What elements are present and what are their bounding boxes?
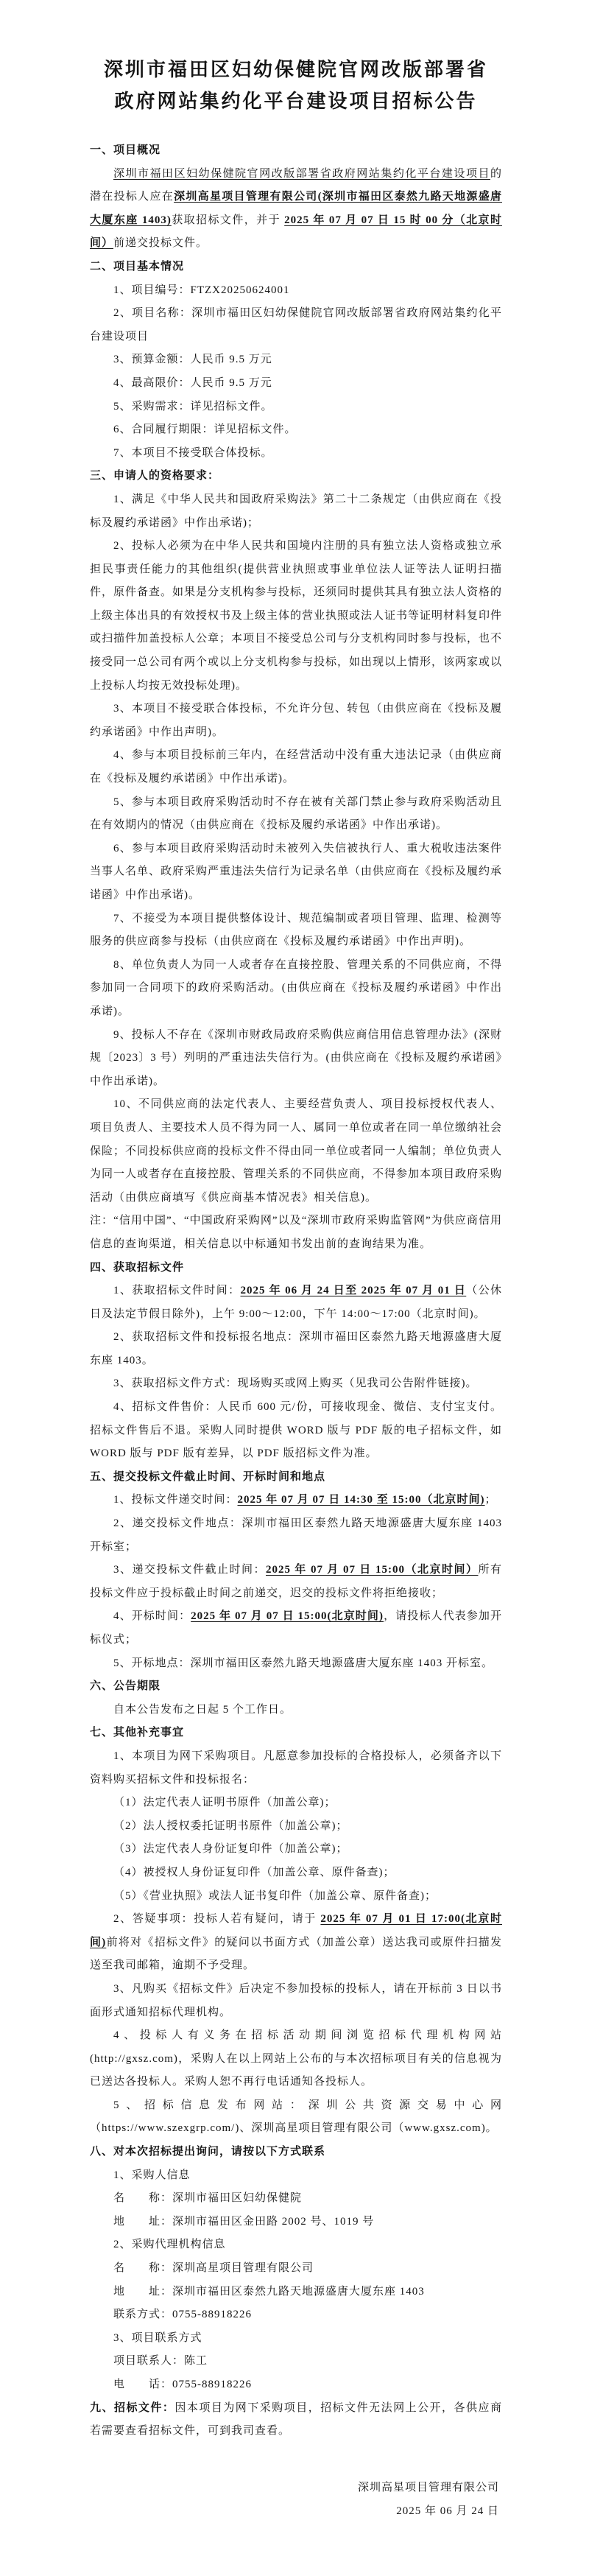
qualification-note: 注：“信用中国”、“中国政府采购网”以及“深圳市政府采购监管网”为供应商信用信息… <box>90 1210 502 1256</box>
project-contact-heading: 3、项目联系方式 <box>90 2327 502 2351</box>
agency-phone: 0755-88918226 <box>172 2309 252 2320</box>
basic-info-max-price: 4、最高限价：人民币 9.5 万元 <box>90 372 502 396</box>
project-name-text: 深圳市福田区妇幼保健院官网改版部署省政府网站集约化平台建设项目 <box>113 168 490 180</box>
tender-announcement-page: 深圳市福田区妇幼保健院官网改版部署省 政府网站集约化平台建设项目招标公告 一、项… <box>0 0 589 2576</box>
section-heading-other-matters: 七、其他补充事宜 <box>90 1722 502 1745</box>
opening-location-item: 5、开标地点：深圳市福田区泰然九路天地源盛唐大厦东座 1403 开标室。 <box>90 1652 502 1676</box>
opening-time-value: 2025 年 07 月 07 日 15:00(北京时间) <box>191 1610 384 1622</box>
website-duty-item: 4、投标人有义务在招标活动期间浏览招标代理机构网站(http://gxsz.co… <box>90 2024 502 2094</box>
section-heading-overview: 一、项目概况 <box>90 139 502 163</box>
basic-info-budget: 3、预算金额：人民币 9.5 万元 <box>90 348 502 372</box>
required-document: （2）法人授权委托证明书原件（加盖公章)； <box>90 1815 502 1839</box>
qualification-item: 9、投标人不存在《深圳市财政局政府采购供应商信用信息管理办法》(深财规〔2023… <box>90 1024 502 1094</box>
project-contact-row: 项目联系人：陈工 <box>90 2350 502 2373</box>
submission-location-item: 2、递交投标文件地点：深圳市福田区泰然九路天地源盛唐大厦东座 1403 开标室； <box>90 1512 502 1559</box>
section-heading-tender-documents: 九、招标文件： <box>90 2402 174 2414</box>
signature-block: 深圳高星项目管理有限公司 2025 年 06 月 24 日 <box>90 2476 499 2523</box>
section-obtain-documents: 四、获取招标文件 1、获取招标文件时间：2025 年 06 月 24 日至 20… <box>90 1257 502 1466</box>
required-document: （3）法定代表人身份证复印件（加盖公章)； <box>90 1838 502 1861</box>
submission-time-label: 1、投标文件递交时间： <box>113 1494 238 1506</box>
obtain-time-item: 1、获取招标文件时间：2025 年 06 月 24 日至 2025 年 07 月… <box>90 1280 502 1326</box>
opening-time-label: 4、开标时间： <box>113 1610 191 1622</box>
purchaser-name: 深圳市福田区妇幼保健院 <box>172 2192 302 2204</box>
agency-name: 深圳高星项目管理有限公司 <box>172 2262 314 2274</box>
overview-text-2: 获取招标文件，并于 <box>172 214 284 226</box>
obtain-method-item: 3、获取招标文件方式：现场购买或网上购买（见我司公告附件链接)。 <box>90 1372 502 1396</box>
overview-text-3: 前递交投标文件。 <box>113 237 208 249</box>
publication-sites-label: 5、招标信息发布网站：深圳公共资源交易中心网 <box>113 2099 502 2111</box>
agency-address-row: 地 址：深圳市福田区泰然九路天地源盛唐大厦东座 1403 <box>90 2281 502 2304</box>
section-heading-obtain-documents: 四、获取招标文件 <box>90 1257 502 1280</box>
required-document: （4）被授权人身份证复印件（加盖公章、原件备查)； <box>90 1861 502 1885</box>
section-heading-contacts: 八、对本次招标提出询问，请按以下方式联系 <box>90 2141 502 2164</box>
withdrawal-notice-item: 3、凡购买《招标文件》后决定不参加投标的投标人，请在开标前 3 日以书面形式通知… <box>90 1978 502 2024</box>
section-heading-submission: 五、提交投标文件截止时间、开标时间和地点 <box>90 1466 502 1489</box>
title-line-1: 深圳市福田区妇幼保健院官网改版部署省 <box>90 54 502 85</box>
opening-time-item: 4、开标时间：2025 年 07 月 07 日 15:00(北京时间)，请投标人… <box>90 1605 502 1652</box>
section-announcement-period: 六、公告期限 自本公告发布之日起 5 个工作日。 <box>90 1675 502 1722</box>
qualification-item: 4、参与本项目投标前三年内，在经营活动中没有重大违法记录（由供应商在《投标及履约… <box>90 744 502 790</box>
obtain-time-period: 2025 年 06 月 24 日至 2025 年 07 月 01 日 <box>240 1285 466 1296</box>
offline-procurement-item: 1、本项目为网下采购项目。凡愿意参加投标的合格投标人，必须备齐以下资料购买招标文… <box>90 1745 502 1791</box>
agency-info-heading: 2、采购代理机构信息 <box>90 2233 502 2257</box>
purchaser-name-label: 名 称： <box>113 2192 172 2204</box>
qualification-item: 10、不同供应商的法定代表人、主要经营负责人、项目投标授权代表人、项目负责人、主… <box>90 1093 502 1210</box>
agency-name-row: 名 称：深圳高星项目管理有限公司 <box>90 2257 502 2281</box>
purchaser-address-row: 地 址：深圳市福田区金田路 2002 号、1019 号 <box>90 2211 502 2234</box>
questions-label: 2、答疑事项：投标人若有疑问，请于 <box>113 1913 320 1925</box>
questions-note: 前将对《招标文件》的疑问以书面方式（加盖公章）送达我司或原件扫描发送至我司邮箱，… <box>90 1937 502 1972</box>
required-document: （1）法定代表人证明书原件（加盖公章)； <box>90 1791 502 1815</box>
announcement-period-text: 自本公告发布之日起 5 个工作日。 <box>90 1699 502 1722</box>
submission-deadline-value: 2025 年 07 月 07 日 15:00（北京时间） <box>266 1564 478 1576</box>
agency-address-label: 地 址： <box>113 2286 172 2298</box>
project-contact-label: 项目联系人： <box>113 2355 184 2367</box>
document-body: 一、项目概况 深圳市福田区妇幼保健院官网改版部署省政府网站集约化平台建设项目的潜… <box>90 139 502 2443</box>
qualification-item: 8、单位负责人为同一人或者存在直接控股、管理关系的不同供应商，不得参加同一合同项… <box>90 954 502 1024</box>
basic-info-contract-period: 6、合同履行期限：详见招标文件。 <box>90 418 502 442</box>
section-contacts: 八、对本次招标提出询问，请按以下方式联系 1、采购人信息 名 称：深圳市福田区妇… <box>90 2141 502 2397</box>
qualification-item: 7、不接受为本项目提供整体设计、规范编制或者项目管理、监理、检测等服务的供应商参… <box>90 908 502 954</box>
agency-phone-label: 联系方式： <box>113 2309 172 2320</box>
project-phone-row: 电 话：0755-88918226 <box>90 2373 502 2397</box>
purchaser-address-label: 地 址： <box>113 2216 172 2228</box>
qualification-item: 2、投标人必须为在中华人民共和国境内注册的具有独立法人资格或独立承担民事责任能力… <box>90 535 502 698</box>
signature-company: 深圳高星项目管理有限公司 <box>90 2476 499 2499</box>
qualification-item: 1、满足《中华人民共和国政府采购法》第二十二条规定（由供应商在《投标及履约承诺函… <box>90 488 502 535</box>
qualification-item: 3、本项目不接受联合体投标，不允许分包、转包（由供应商在《投标及履约承诺函》中作… <box>90 698 502 744</box>
basic-info-requirements: 5、采购需求：详见招标文件。 <box>90 396 502 419</box>
section-submission: 五、提交投标文件截止时间、开标时间和地点 1、投标文件递交时间：2025 年 0… <box>90 1466 502 1675</box>
purchaser-info-heading: 1、采购人信息 <box>90 2164 502 2188</box>
szexgrp-url: （https://www.szexgrp.com/)、 <box>90 2122 251 2134</box>
submission-deadline-item: 3、递交投标文件截止时间：2025 年 07 月 07 日 15:00（北京时间… <box>90 1559 502 1605</box>
basic-info-project-number: 1、项目编号：FTZX20250624001 <box>90 279 502 303</box>
title-line-2: 政府网站集约化平台建设项目招标公告 <box>90 85 502 117</box>
section-qualifications: 三、申请人的资格要求： 1、满足《中华人民共和国政府采购法》第二十二条规定（由供… <box>90 465 502 1256</box>
submission-time-suffix: ； <box>485 1494 497 1506</box>
obtain-location-item: 2、获取招标文件和投标报名地点：深圳市福田区泰然九路天地源盛唐大厦东座 1403… <box>90 1326 502 1372</box>
document-title: 深圳市福田区妇幼保健院官网改版部署省 政府网站集约化平台建设项目招标公告 <box>90 0 502 117</box>
section-tender-documents: 九、招标文件：因本项目为网下采购项目，招标文件无法网上公开，各供应商若需要查看招… <box>90 2397 502 2443</box>
submission-time-item: 1、投标文件递交时间：2025 年 07 月 07 日 14:30 至 15:0… <box>90 1489 502 1512</box>
agency-name-label: 名 称： <box>113 2262 172 2274</box>
tender-documents-paragraph: 九、招标文件：因本项目为网下采购项目，招标文件无法网上公开，各供应商若需要查看招… <box>90 2397 502 2443</box>
purchaser-address: 深圳市福田区金田路 2002 号、1019 号 <box>172 2216 374 2228</box>
publication-sites-item: 5、招标信息发布网站：深圳公共资源交易中心网（https://www.szexg… <box>90 2094 502 2141</box>
submission-time-value: 2025 年 07 月 07 日 14:30 至 15:00（北京时间) <box>238 1494 485 1506</box>
agency-phone-row: 联系方式：0755-88918226 <box>90 2303 502 2327</box>
section-heading-announcement-period: 六、公告期限 <box>90 1675 502 1699</box>
section-basic-info: 二、项目基本情况 1、项目编号：FTZX20250624001 2、项目名称：深… <box>90 256 502 465</box>
gxsz-site: 深圳高星项目管理有限公司（www.gxsz.com)。 <box>251 2122 497 2134</box>
section-other-matters: 七、其他补充事宜 1、本项目为网下采购项目。凡愿意参加投标的合格投标人，必须备齐… <box>90 1722 502 2141</box>
section-overview: 一、项目概况 深圳市福田区妇幼保健院官网改版部署省政府网站集约化平台建设项目的潜… <box>90 139 502 256</box>
questions-item: 2、答疑事项：投标人若有疑问，请于 2025 年 07 月 01 日 17:00… <box>90 1908 502 1978</box>
project-contact-name: 陈工 <box>184 2355 208 2367</box>
submission-deadline-label: 3、递交投标文件截止时间： <box>113 1564 266 1576</box>
basic-info-project-name: 2、项目名称：深圳市福田区妇幼保健院官网改版部署省政府网站集约化平台建设项目 <box>90 302 502 348</box>
project-phone: 0755-88918226 <box>172 2379 252 2390</box>
overview-paragraph: 深圳市福田区妇幼保健院官网改版部署省政府网站集约化平台建设项目的潜在投标人应在深… <box>90 163 502 256</box>
signature-date: 2025 年 06 月 24 日 <box>90 2499 499 2523</box>
document-price-item: 4、招标文件售价：人民币 600 元/份，可接收现金、微信、支付宝支付。招标文件… <box>90 1396 502 1466</box>
basic-info-no-consortium: 7、本项目不接受联合体投标。 <box>90 442 502 466</box>
section-heading-basic-info: 二、项目基本情况 <box>90 256 502 279</box>
qualification-item: 5、参与本项目政府采购活动时不存在被有关部门禁止参与政府采购活动且在有效期内的情… <box>90 791 502 838</box>
agency-address: 深圳市福田区泰然九路天地源盛唐大厦东座 1403 <box>172 2286 425 2298</box>
obtain-time-label: 1、获取招标文件时间： <box>113 1285 240 1296</box>
section-heading-qualifications: 三、申请人的资格要求： <box>90 465 502 488</box>
required-document: （5）《营业执照》或法人证书复印件（加盖公章、原件备查)； <box>90 1885 502 1909</box>
project-phone-label: 电 话： <box>113 2379 172 2390</box>
purchaser-name-row: 名 称：深圳市福田区妇幼保健院 <box>90 2187 502 2211</box>
qualification-item: 6、参与本项目政府采购活动时未被列入失信被执行人、重大税收违法案件当事人名单、政… <box>90 838 502 908</box>
